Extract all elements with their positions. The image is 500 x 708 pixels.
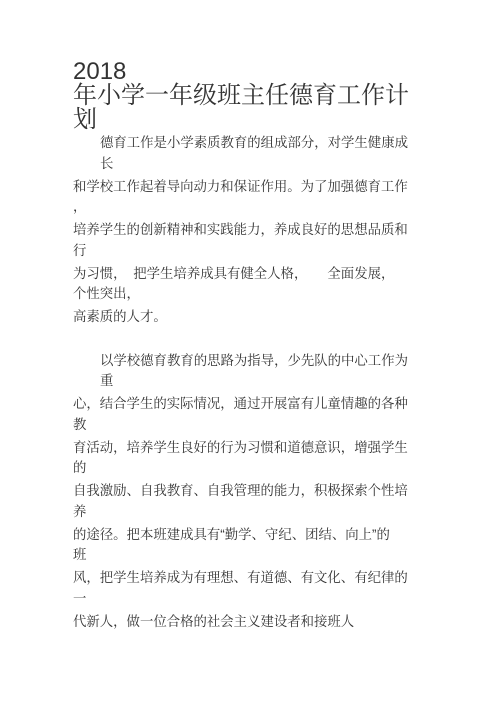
text-line: 和学校工作起着导向动力和保证作用。为了加强德育工作 xyxy=(73,177,411,198)
text-line: 代新人，做一位合格的社会主义建设者和接班人 xyxy=(73,612,411,633)
text-line: 个性突出， xyxy=(73,284,411,305)
title-line: 划 xyxy=(73,108,411,132)
paragraph: 代新人，做一位合格的社会主义建设者和接班人 xyxy=(73,612,411,633)
title-line: 2018 xyxy=(73,60,411,84)
document-content: 2018 年小学一年级班主任德育工作计 划 德育工作是小学素质教育的组成部分，对… xyxy=(73,60,411,632)
paragraph: 以学校德育教育的思路为指导，少先队的中心工作为 重 xyxy=(73,351,411,392)
text-line: 以学校德育教育的思路为指导，少先队的中心工作为 xyxy=(100,351,411,372)
text-line: 教 xyxy=(73,415,411,436)
paragraph: 和学校工作起着导向动力和保证作用。为了加强德育工作 ， xyxy=(73,177,411,218)
text-line: 一 xyxy=(73,589,411,610)
text-line: 为习惯， 把学生培养成具有健全人格， 全面发展， xyxy=(73,264,411,285)
text-line: 高素质的人才。 xyxy=(73,307,411,328)
paragraph: 育活动，培养学生良好的行为习惯和道德意识，增强学生 的 xyxy=(73,438,411,479)
paragraph: 培养学生的创新精神和实践能力，养成良好的思想品质和 行 xyxy=(73,220,411,261)
paragraph: 德育工作是小学素质教育的组成部分，对学生健康成 长 xyxy=(73,133,411,174)
paragraph: 为习惯， 把学生培养成具有健全人格， 全面发展， 个性突出， xyxy=(73,264,411,305)
text-line: 德育工作是小学素质教育的组成部分，对学生健康成 xyxy=(100,133,411,154)
paragraph: 风，把学生培养成为有理想、有道德、有文化、有纪律的 一 xyxy=(73,568,411,609)
text-line: 班 xyxy=(73,545,411,566)
paragraph: 的途径。把本班建成具有“勤学、守纪、团结、向上”的 班 xyxy=(73,525,411,566)
text-line: 重 xyxy=(100,371,411,392)
text-line: 行 xyxy=(73,241,411,262)
text-line: 自我激励、自我教育、自我管理的能力，积极探索个性培 xyxy=(73,481,411,502)
text-line: 风，把学生培养成为有理想、有道德、有文化、有纪律的 xyxy=(73,568,411,589)
text-line: 养 xyxy=(73,502,411,523)
paragraph: 心，结合学生的实际情况，通过开展富有儿童情趣的各种 教 xyxy=(73,394,411,435)
paragraph: 自我激励、自我教育、自我管理的能力，积极探索个性培 养 xyxy=(73,481,411,522)
paragraph: 高素质的人才。 xyxy=(73,307,411,348)
text-line: 的途径。把本班建成具有“勤学、守纪、团结、向上”的 xyxy=(73,525,411,546)
text-line: 心，结合学生的实际情况，通过开展富有儿童情趣的各种 xyxy=(73,394,411,415)
text-line: 育活动，培养学生良好的行为习惯和道德意识，增强学生 xyxy=(73,438,411,459)
text-line: 长 xyxy=(100,154,411,175)
text-line xyxy=(73,328,411,349)
text-line: 的 xyxy=(73,458,411,479)
document-title: 2018 年小学一年级班主任德育工作计 划 xyxy=(73,60,411,132)
document-page: 2018 年小学一年级班主任德育工作计 划 德育工作是小学素质教育的组成部分，对… xyxy=(0,0,500,708)
text-line: ， xyxy=(73,197,411,218)
title-line: 年小学一年级班主任德育工作计 xyxy=(73,84,411,108)
text-line: 培养学生的创新精神和实践能力，养成良好的思想品质和 xyxy=(73,220,411,241)
